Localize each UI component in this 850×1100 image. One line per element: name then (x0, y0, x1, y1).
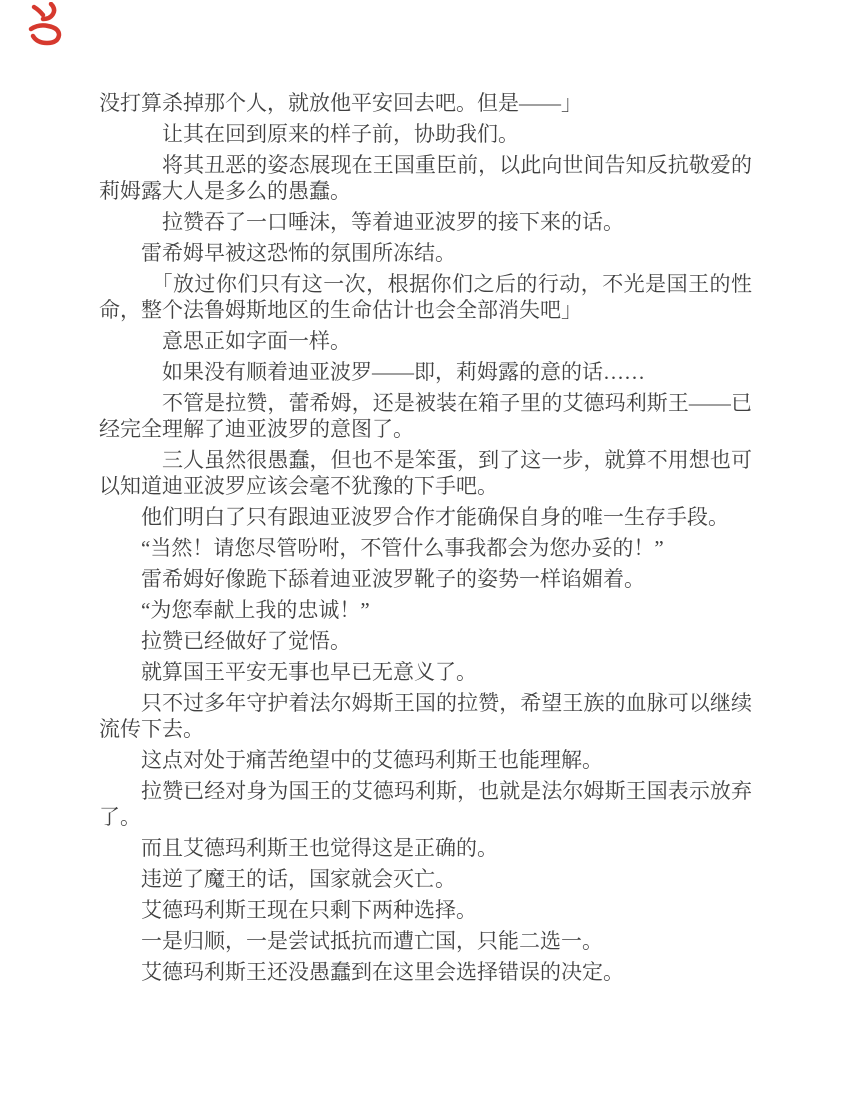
paragraph: 让其在回到原来的样子前，协助我们。 (99, 121, 752, 147)
paragraph: 不管是拉赞，蕾希姆，还是被装在箱子里的艾德玛利斯王——已经完全理解了迪亚波罗的意… (99, 390, 752, 442)
paragraph: 这点对处于痛苦绝望中的艾德玛利斯王也能理解。 (99, 747, 752, 773)
paragraph: 艾德玛利斯王还没愚蠢到在这里会选择错误的决定。 (99, 959, 752, 985)
paragraph: 拉赞吞了一口唾沫，等着迪亚波罗的接下来的话。 (99, 209, 752, 235)
paragraph: 拉赞已经对身为国王的艾德玛利斯，也就是法尔姆斯王国表示放弃了。 (99, 778, 752, 830)
paragraph: 他们明白了只有跟迪亚波罗合作才能确保自身的唯一生存手段。 (99, 504, 752, 530)
red-stamp-icon (26, 2, 66, 48)
paragraph: 只不过多年守护着法尔姆斯王国的拉赞，希望王族的血脉可以继续流传下去。 (99, 690, 752, 742)
paragraph: 如果没有顺着迪亚波罗——即，莉姆露的意的话…… (99, 359, 752, 385)
paragraph: 将其丑恶的姿态展现在王国重臣前，以此向世间告知反抗敬爱的莉姆露大人是多么的愚蠢。 (99, 152, 752, 204)
paragraph: “为您奉献上我的忠诚！” (99, 597, 752, 623)
paragraph: 雷希姆好像跪下舔着迪亚波罗靴子的姿势一样谄媚着。 (99, 566, 752, 592)
paragraph: 就算国王平安无事也早已无意义了。 (99, 659, 752, 685)
paragraph: 而且艾德玛利斯王也觉得这是正确的。 (99, 835, 752, 861)
paragraph: 意思正如字面一样。 (99, 328, 752, 354)
paragraph: 「放过你们只有这一次，根据你们之后的行动，不光是国王的性命，整个法鲁姆斯地区的生… (99, 271, 752, 323)
paragraph: 三人虽然很愚蠢，但也不是笨蛋，到了这一步，就算不用想也可以知道迪亚波罗应该会毫不… (99, 447, 752, 499)
paragraph: 违逆了魔王的话，国家就会灭亡。 (99, 866, 752, 892)
novel-page: 没打算杀掉那个人，就放他平安回去吧。但是——」让其在回到原来的样子前，协助我们。… (0, 0, 850, 1100)
paragraph: 雷希姆早被这恐怖的氛围所冻结。 (99, 240, 752, 266)
paragraph: 没打算杀掉那个人，就放他平安回去吧。但是——」 (99, 90, 752, 116)
paragraph: 拉赞已经做好了觉悟。 (99, 628, 752, 654)
paragraph: “当然！请您尽管吩咐，不管什么事我都会为您办妥的！” (99, 535, 752, 561)
novel-text: 没打算杀掉那个人，就放他平安回去吧。但是——」让其在回到原来的样子前，协助我们。… (99, 90, 752, 990)
paragraph: 一是归顺，一是尝试抵抗而遭亡国，只能二选一。 (99, 928, 752, 954)
paragraph: 艾德玛利斯王现在只剩下两种选择。 (99, 897, 752, 923)
